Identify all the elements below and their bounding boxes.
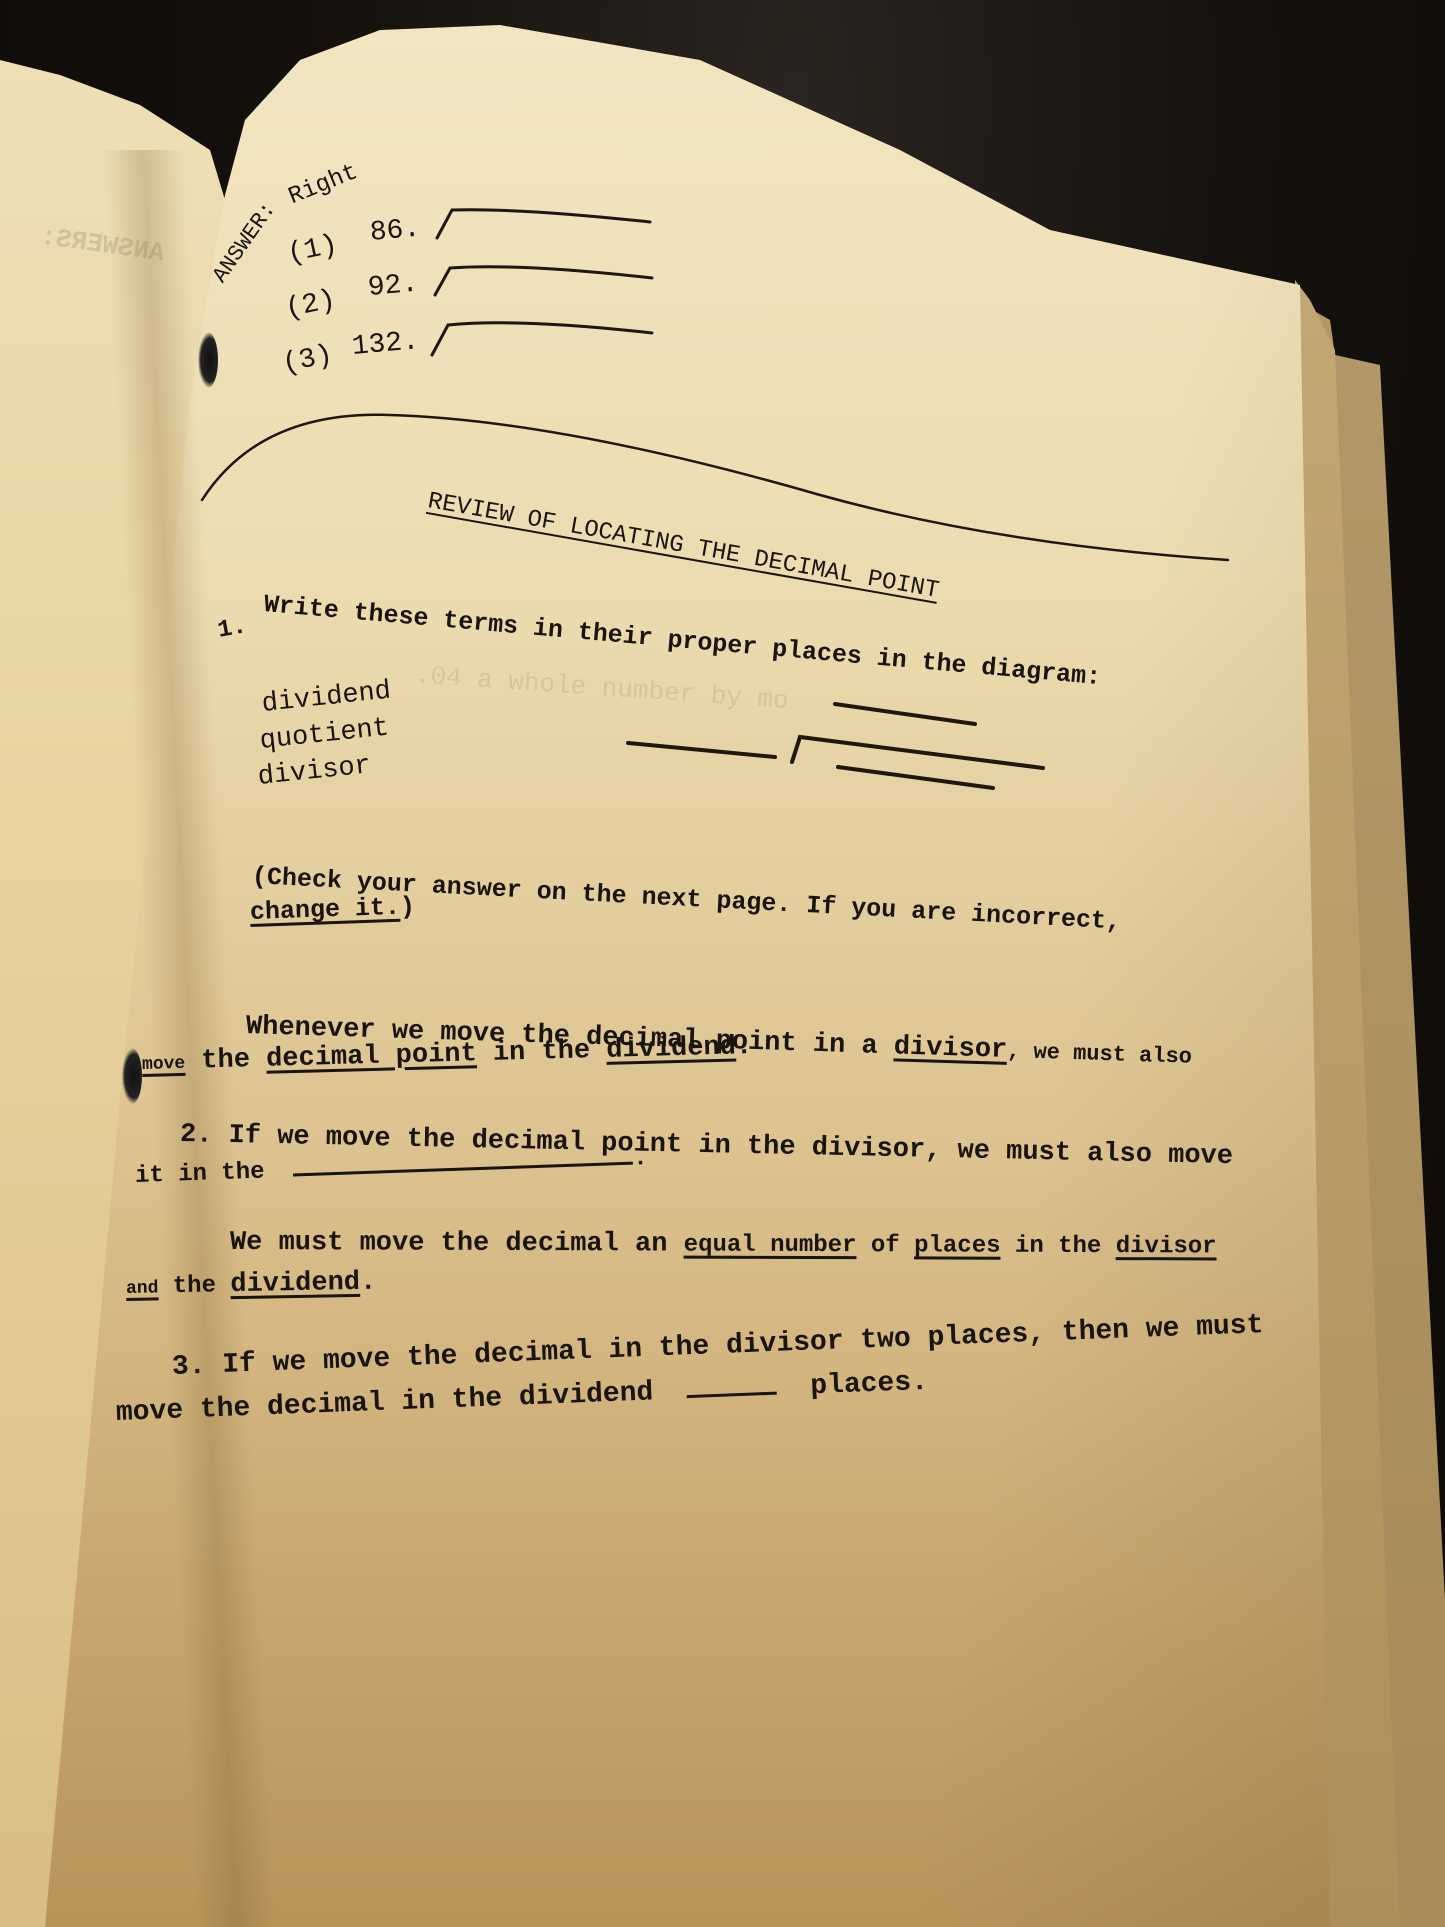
rule-text: in the [1000,1233,1115,1260]
emphasis-move: move [142,1054,186,1075]
question-text: it in the [135,1158,265,1190]
binder-hole [198,332,218,388]
rule-text: , we must also [1007,1039,1193,1070]
rule2-line1: We must move the decimal an equal number… [230,1228,1217,1261]
rule-text: in the [476,1036,606,1069]
emphasis-divisor: divisor [893,1032,1007,1066]
answer-item-value: 86. [369,214,422,249]
rule-text: the [185,1045,267,1077]
worksheet-page [0,0,1445,1927]
emphasis-divisor: divisor [1116,1233,1217,1260]
check-note-line2: change it.) [249,892,415,927]
emphasis-dividend: dividend [606,1032,736,1065]
rule-text: the [158,1272,230,1300]
answer-blank[interactable] [293,1161,633,1177]
rule-text: of [856,1232,914,1259]
check-note-paren: ) [399,892,415,922]
emphasis-places: places [914,1232,1001,1259]
change-it-emphasis: change it. [249,893,400,927]
emphasis-decimal-point: decimal point [266,1039,477,1075]
binder-hole [122,1048,142,1104]
answer-item-value: 92. [367,269,420,304]
question-number: 2. [180,1120,213,1151]
left-page-show-through: ANSWERS: [39,221,167,268]
question-number: 1. [216,613,249,645]
emphasis-equal-number: equal number [684,1232,857,1260]
question-number: 3. [171,1351,206,1383]
emphasis-and: and [126,1278,159,1299]
emphasis-dividend: dividend [230,1268,360,1300]
rule-text: . [360,1268,377,1298]
question-text: places. [810,1367,929,1402]
answer-item-value: 132. [351,326,421,363]
rule2-line2: and the dividend. [126,1268,377,1302]
rule-text: . [736,1032,753,1062]
answer-blank[interactable] [687,1391,777,1398]
question-text: . [633,1145,648,1172]
rule-text: We must move the decimal an [230,1228,684,1260]
